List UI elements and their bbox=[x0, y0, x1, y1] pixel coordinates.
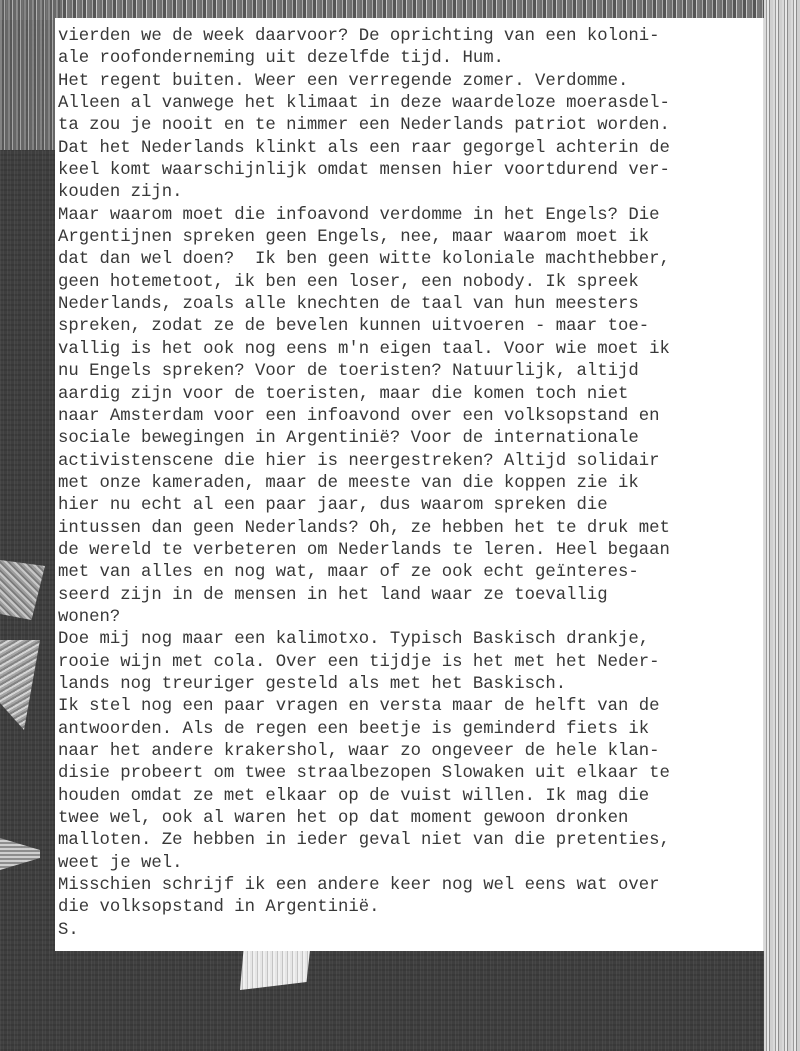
text-line: spreken, zodat ze de bevelen kunnen uitv… bbox=[58, 316, 758, 338]
text-line: met van alles en nog wat, maar of ze ook… bbox=[58, 562, 758, 584]
text-line: weet je wel. bbox=[58, 853, 758, 875]
text-line: houden omdat ze met elkaar op de vuist w… bbox=[58, 786, 758, 808]
text-line: vierden we de week daarvoor? De oprichti… bbox=[58, 26, 758, 48]
text-line: seerd zijn in de mensen in het land waar… bbox=[58, 585, 758, 607]
text-line: antwoorden. Als de regen een beetje is g… bbox=[58, 719, 758, 741]
text-line: vallig is het ook nog eens m'n eigen taa… bbox=[58, 339, 758, 361]
text-line: die volksopstand in Argentinië. bbox=[58, 897, 758, 919]
text-line: aardig zijn voor de toeristen, maar die … bbox=[58, 384, 758, 406]
text-line: geen hotemetoot, ik ben een loser, een n… bbox=[58, 272, 758, 294]
document-text: vierden we de week daarvoor? De oprichti… bbox=[58, 26, 758, 942]
text-line: hier nu echt al een paar jaar, dus waaro… bbox=[58, 495, 758, 517]
text-line: dat dan wel doen? Ik ben geen witte kolo… bbox=[58, 249, 758, 271]
text-line: Ik stel nog een paar vragen en versta ma… bbox=[58, 696, 758, 718]
background-top-left-patch bbox=[0, 0, 60, 150]
background-right-strip bbox=[764, 0, 800, 1051]
text-line: ta zou je nooit en te nimmer een Nederla… bbox=[58, 115, 758, 137]
text-line: keel komt waarschijnlijk omdat mensen hi… bbox=[58, 160, 758, 182]
text-line: met onze kameraden, maar de meeste van d… bbox=[58, 473, 758, 495]
text-line: rooie wijn met cola. Over een tijdje is … bbox=[58, 652, 758, 674]
text-line: wonen? bbox=[58, 607, 758, 629]
text-line: nu Engels spreken? Voor de toeristen? Na… bbox=[58, 361, 758, 383]
text-line: kouden zijn. bbox=[58, 182, 758, 204]
text-line: ale roofonderneming uit dezelfde tijd. H… bbox=[58, 48, 758, 70]
text-line: Maar waarom moet die infoavond verdomme … bbox=[58, 205, 758, 227]
text-line: naar Amsterdam voor een infoavond over e… bbox=[58, 406, 758, 428]
text-line: malloten. Ze hebben in ieder geval niet … bbox=[58, 830, 758, 852]
text-line: Nederlands, zoals alle knechten de taal … bbox=[58, 294, 758, 316]
text-line: sociale bewegingen in Argentinië? Voor d… bbox=[58, 428, 758, 450]
text-line: naar het andere krakershol, waar zo onge… bbox=[58, 741, 758, 763]
background-top-strip bbox=[0, 0, 800, 20]
text-line: Doe mij nog maar een kalimotxo. Typisch … bbox=[58, 629, 758, 651]
text-line: activistenscene die hier is neergestreke… bbox=[58, 451, 758, 473]
text-line: Misschien schrijf ik een andere keer nog… bbox=[58, 875, 758, 897]
text-line: disie probeert om twee straalbezopen Slo… bbox=[58, 763, 758, 785]
text-line: Argentijnen spreken geen Engels, nee, ma… bbox=[58, 227, 758, 249]
text-line: lands nog treuriger gesteld als met het … bbox=[58, 674, 758, 696]
text-line: de wereld te verbeteren om Nederlands te… bbox=[58, 540, 758, 562]
text-line: Het regent buiten. Weer een verregende z… bbox=[58, 71, 758, 93]
text-line: S. bbox=[58, 920, 758, 942]
text-line: intussen dan geen Nederlands? Oh, ze heb… bbox=[58, 518, 758, 540]
text-line: twee wel, ook al waren het op dat moment… bbox=[58, 808, 758, 830]
text-line: Dat het Nederlands klinkt als een raar g… bbox=[58, 138, 758, 160]
text-line: Alleen al vanwege het klimaat in deze wa… bbox=[58, 93, 758, 115]
